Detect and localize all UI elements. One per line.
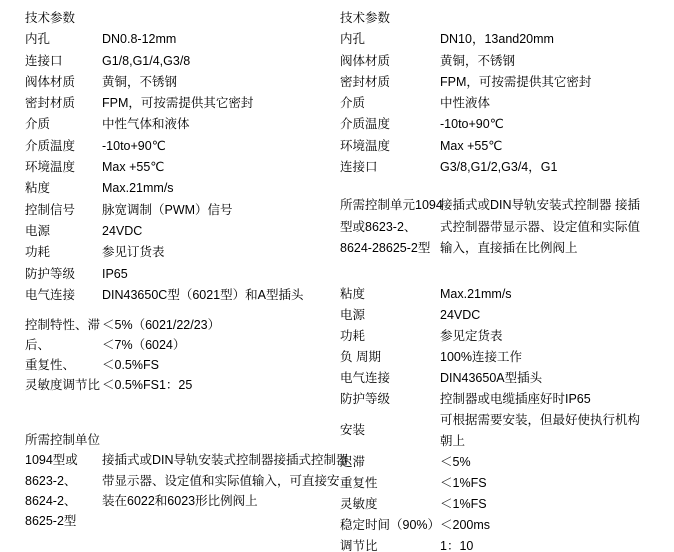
param-label: 粘度 (25, 178, 102, 199)
param-row: 重复性、＜0.5%FS (25, 355, 341, 375)
param-label: 迟滞 (340, 452, 440, 473)
param-value: 参见订货表 (102, 242, 341, 263)
param-value: 黄铜，不锈钢 (440, 51, 674, 72)
param-row: 重复性＜1%FS (340, 473, 674, 494)
left-control-unit-table: 所需控制单位 1094型或接插式或DIN导轨安装式控制器接插式控制器 8623-… (25, 430, 341, 531)
control-unit-heading: 所需控制单位 (25, 430, 102, 450)
param-label: 介质温度 (25, 136, 102, 157)
param-row: 防护等级IP65 (25, 264, 341, 285)
param-row: 电气连接DIN43650C型（6021型）和A型插头 (25, 285, 341, 306)
param-label: 环境温度 (340, 136, 440, 157)
param-label: 负 周期 (340, 347, 440, 368)
param-value: 100%连接工作 (440, 347, 674, 368)
param-row: 密封材质FPM，可按需提供其它密封 (340, 72, 674, 93)
param-row: 迟滞＜5% (340, 452, 674, 473)
param-row: 内孔DN0.8-12mm (25, 29, 341, 50)
right-section-title: 技术参数 (340, 8, 440, 29)
param-value: FPM，可按需提供其它密封 (102, 93, 341, 114)
param-row: 环境温度Max +55℃ (25, 157, 341, 178)
param-label: 型或8623-2、 (340, 217, 440, 239)
param-label: 8624-2、 (25, 491, 102, 511)
param-label: 8623-2、 (25, 471, 102, 491)
param-row: 介质温度-10to+90℃ (340, 114, 674, 135)
param-value: ＜5% (440, 452, 674, 473)
param-label: 密封材质 (340, 72, 440, 93)
param-row: 电源24VDC (25, 221, 341, 242)
param-value: DN10，13and20mm (440, 29, 674, 50)
param-row: 防护等级控制器或电缆插座好时IP65 (340, 389, 674, 410)
param-row: 内孔DN10，13and20mm (340, 29, 674, 50)
param-value: 24VDC (102, 221, 341, 242)
param-value: ＜7%（6024） (102, 335, 341, 355)
param-row: 调节比1：10 (340, 536, 674, 552)
param-row: 功耗参见订货表 (25, 242, 341, 263)
param-row: 连接口G1/8,G1/4,G3/8 (25, 51, 341, 72)
param-label: 密封材质 (25, 93, 102, 114)
param-row: 8624-2、装在6022和6023形比例阀上 (25, 491, 341, 511)
param-value: DN0.8-12mm (102, 29, 341, 50)
param-label: 控制信号 (25, 200, 102, 221)
right-spec-table: 技术参数 内孔DN10，13and20mm 阀体材质黄铜，不锈钢 密封材质FPM… (340, 8, 674, 178)
param-row: 阀体材质黄铜，不锈钢 (25, 72, 341, 93)
param-label: 防护等级 (25, 264, 102, 285)
param-row: 负 周期100%连接工作 (340, 347, 674, 368)
param-label: 内孔 (340, 29, 440, 50)
param-label: 8625-2型 (25, 511, 102, 531)
left-section-title: 技术参数 (25, 8, 102, 29)
param-label: 灵敏度 (340, 494, 440, 515)
param-row: 后、＜7%（6024） (25, 335, 341, 355)
param-label: 阀体材质 (340, 51, 440, 72)
param-value: ＜1%FS (440, 473, 674, 494)
param-label: 功耗 (25, 242, 102, 263)
param-value: 脉宽调制（PWM）信号 (102, 200, 341, 221)
param-row: 稳定时间（90%）＜200ms (340, 515, 674, 536)
param-row: 安装可根据需要安装，但最好使执行机构 朝上 (340, 410, 674, 452)
param-value: 带显示器、设定值和实际值输入，可直接安 (102, 471, 341, 491)
param-label: 重复性、 (25, 355, 102, 375)
param-label: 防护等级 (340, 389, 440, 410)
param-label: 后、 (25, 335, 102, 355)
param-row: 粘度Max.21mm/s (25, 178, 341, 199)
param-row: 阀体材质黄铜，不锈钢 (340, 51, 674, 72)
param-label: 1094型或 (25, 450, 102, 470)
param-label: 所需控制单元1094 (340, 195, 440, 217)
param-label: 环境温度 (25, 157, 102, 178)
param-value: 输入，直接插在比例阀上 (440, 238, 674, 260)
param-value: 1：10 (440, 536, 674, 552)
param-row: 电源24VDC (340, 305, 674, 326)
param-value: 接插式或DIN导轨安装式控制器接插式控制器 (102, 450, 349, 470)
param-row: 控制特性、滞＜5%（6021/22/23） (25, 315, 341, 335)
right-electrical-table: 粘度Max.21mm/s 电源24VDC 功耗参见定货表 负 周期100%连接工… (340, 284, 674, 552)
param-row: 所需控制单元1094接插式或DIN导轨安装式控制器 接插 (340, 195, 674, 217)
param-row: 介质中性气体和液体 (25, 114, 341, 135)
param-label: 稳定时间（90%） (340, 515, 440, 536)
param-label: 内孔 (25, 29, 102, 50)
param-value: G3/8,G1/2,G3/4，G1 (440, 157, 674, 178)
param-row: 控制信号脉宽调制（PWM）信号 (25, 200, 341, 221)
param-value: ＜0.5%FS1：25 (102, 375, 341, 395)
param-value: Max.21mm/s (440, 284, 674, 305)
left-control-characteristics-table: 控制特性、滞＜5%（6021/22/23） 后、＜7%（6024） 重复性、＜0… (25, 315, 341, 395)
param-value: 参见定货表 (440, 326, 674, 347)
param-value: ＜1%FS (440, 494, 674, 515)
param-row: 连接口G3/8,G1/2,G3/4，G1 (340, 157, 674, 178)
param-value: G1/8,G1/4,G3/8 (102, 51, 341, 72)
param-value: Max +55℃ (102, 157, 341, 178)
param-value: 24VDC (440, 305, 674, 326)
param-label: 电气连接 (340, 368, 440, 389)
param-label: 连接口 (25, 51, 102, 72)
param-value: Max.21mm/s (102, 178, 341, 199)
right-column: 技术参数 内孔DN10，13and20mm 阀体材质黄铜，不锈钢 密封材质FPM… (340, 8, 674, 552)
param-label: 介质 (25, 114, 102, 135)
param-row: 环境温度Max +55℃ (340, 136, 674, 157)
param-row: 1094型或接插式或DIN导轨安装式控制器接插式控制器 (25, 450, 341, 470)
param-value: DIN43650A型插头 (440, 368, 674, 389)
param-value: -10to+90℃ (440, 114, 674, 135)
param-value: -10to+90℃ (102, 136, 341, 157)
param-value: 控制器或电缆插座好时IP65 (440, 389, 674, 410)
param-value: Max +55℃ (440, 136, 674, 157)
param-row: 功耗参见定货表 (340, 326, 674, 347)
param-label: 介质 (340, 93, 440, 114)
param-label: 安装 (340, 420, 440, 441)
param-label: 电源 (25, 221, 102, 242)
left-title-row: 技术参数 (25, 8, 341, 29)
param-label: 电气连接 (25, 285, 102, 306)
param-label: 粘度 (340, 284, 440, 305)
right-title-row: 技术参数 (340, 8, 674, 29)
param-value: 中性液体 (440, 93, 674, 114)
param-label: 介质温度 (340, 114, 440, 135)
param-value: IP65 (102, 264, 341, 285)
param-row: 8625-2型 (25, 511, 341, 531)
param-value: FPM，可按需提供其它密封 (440, 72, 674, 93)
param-row: 电气连接DIN43650A型插头 (340, 368, 674, 389)
left-column: 技术参数 内孔DN0.8-12mm 连接口G1/8,G1/4,G3/8 阀体材质… (25, 8, 341, 532)
param-value: ＜5%（6021/22/23） (102, 315, 341, 335)
param-label: 阀体材质 (25, 72, 102, 93)
param-label: 连接口 (340, 157, 440, 178)
param-row: 灵敏度调节比＜0.5%FS1：25 (25, 375, 341, 395)
param-value: 接插式或DIN导轨安装式控制器 接插 (440, 195, 674, 217)
param-value: ＜200ms (440, 515, 674, 536)
param-row: 密封材质FPM，可按需提供其它密封 (25, 93, 341, 114)
param-value: 装在6022和6023形比例阀上 (102, 491, 341, 511)
param-row: 型或8623-2、式控制器带显示器、设定值和实际值 (340, 217, 674, 239)
param-label: 功耗 (340, 326, 440, 347)
param-row: 8623-2、带显示器、设定值和实际值输入，可直接安 (25, 471, 341, 491)
param-label: 重复性 (340, 473, 440, 494)
param-row: 粘度Max.21mm/s (340, 284, 674, 305)
param-value: 黄铜，不锈钢 (102, 72, 341, 93)
param-label: 调节比 (340, 536, 440, 552)
param-row: 介质中性液体 (340, 93, 674, 114)
param-value: 中性气体和液体 (102, 114, 341, 135)
param-label: 电源 (340, 305, 440, 326)
spec-sheet-page: 技术参数 内孔DN0.8-12mm 连接口G1/8,G1/4,G3/8 阀体材质… (0, 0, 674, 552)
param-row: 介质温度-10to+90℃ (25, 136, 341, 157)
param-value: DIN43650C型（6021型）和A型插头 (102, 285, 341, 306)
param-label: 控制特性、滞 (25, 315, 102, 335)
param-value: 可根据需要安装，但最好使执行机构 朝上 (440, 410, 674, 452)
left-spec-table: 技术参数 内孔DN0.8-12mm 连接口G1/8,G1/4,G3/8 阀体材质… (25, 8, 341, 306)
param-row: 灵敏度＜1%FS (340, 494, 674, 515)
right-control-unit-table: 所需控制单元1094接插式或DIN导轨安装式控制器 接插 型或8623-2、式控… (340, 195, 674, 260)
param-value: ＜0.5%FS (102, 355, 341, 375)
control-unit-heading-row: 所需控制单位 (25, 430, 341, 450)
param-value: 式控制器带显示器、设定值和实际值 (440, 217, 674, 239)
param-label: 8624-28625-2型 (340, 238, 440, 260)
param-label: 灵敏度调节比 (25, 375, 102, 395)
param-row: 8624-28625-2型输入，直接插在比例阀上 (340, 238, 674, 260)
